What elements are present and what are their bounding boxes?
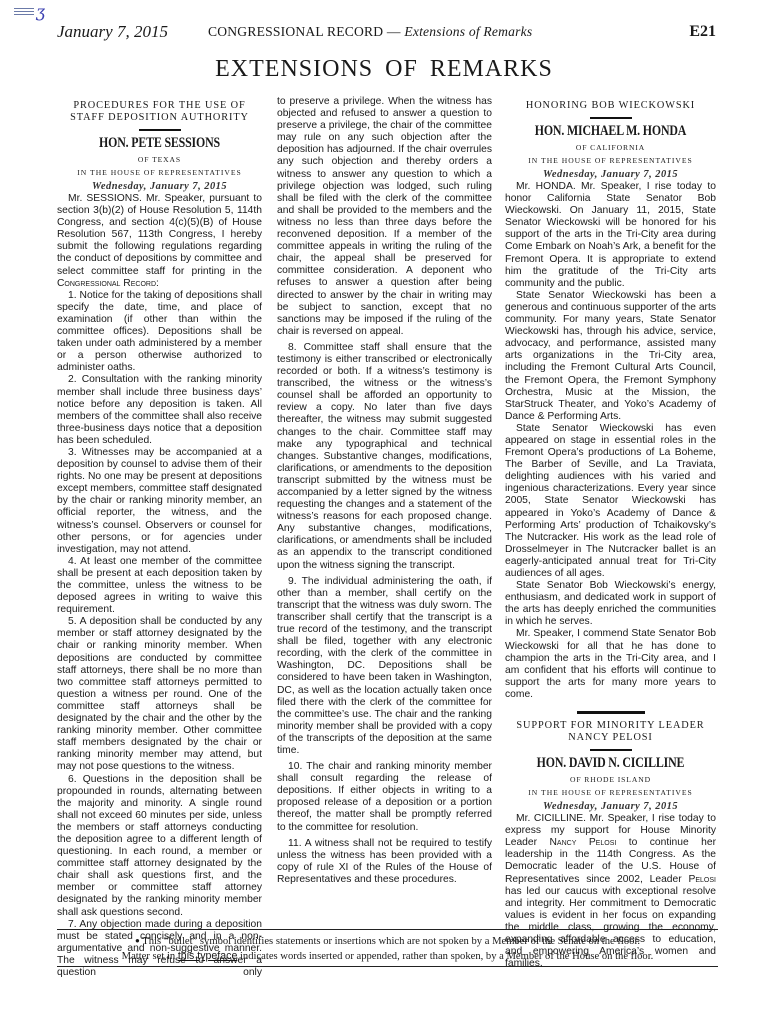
- paragraph: 10. The chair and ranking minority membe…: [277, 761, 492, 834]
- paragraph: to preserve a privilege. When the witnes…: [277, 96, 492, 338]
- column-3: HONORING BOB WIECKOWSKI HON. MICHAEL M. …: [505, 96, 716, 970]
- legend-line-typeface: Matter set in this typeface indicates wo…: [57, 949, 718, 964]
- section-name: Extensions of Remarks: [404, 24, 532, 39]
- chamber: IN THE HOUSE OF REPRESENTATIVES: [505, 155, 716, 166]
- member-name: Nancy Pelosi: [550, 837, 617, 848]
- speaker-state: OF RHODE ISLAND: [505, 774, 716, 785]
- chamber: IN THE HOUSE OF REPRESENTATIVES: [505, 787, 716, 798]
- remarks-date: Wednesday, January 7, 2015: [505, 800, 716, 813]
- footer-legend: ● This “bullet” symbol identifies statem…: [57, 929, 718, 967]
- paragraph: Mr. HONDA. Mr. Speaker, I rise today to …: [505, 181, 716, 290]
- paragraph: State Senator Bob Wieckowski’s energy, e…: [505, 580, 716, 628]
- article-title-line: PROCEDURES FOR THE USE OF: [57, 100, 262, 112]
- article-cicilline-header: SUPPORT FOR MINORITY LEADER NANCY PELOSI…: [505, 720, 716, 813]
- publication-name: CONGRESSIONAL RECORD: [208, 24, 383, 39]
- article-sessions-header: PROCEDURES FOR THE USE OF STAFF DEPOSITI…: [57, 100, 262, 193]
- article-end-rule: [577, 711, 645, 714]
- speaker-state: OF TEXAS: [57, 154, 262, 165]
- article-title: PROCEDURES FOR THE USE OF STAFF DEPOSITI…: [57, 100, 262, 124]
- gpo-logo-icon: ʒ: [14, 4, 48, 24]
- paragraph: 3. Witnesses may be accompanied at a dep…: [57, 447, 262, 556]
- running-head: January 7, 2015 CONGRESSIONAL RECORD — E…: [57, 22, 716, 44]
- paragraph: 8. Committee staff shall ensure that the…: [277, 342, 492, 572]
- column-2: to preserve a privilege. When the witnes…: [277, 96, 492, 886]
- paragraph: 2. Consultation with the ranking minorit…: [57, 374, 262, 447]
- legend-text: This “bullet” symbol identifies statemen…: [140, 936, 640, 947]
- publication-ref: Congressional Record: [57, 278, 156, 289]
- divider: [139, 129, 181, 131]
- text: :: [156, 278, 159, 289]
- paragraph: State Senator Wieckowski has been a gene…: [505, 290, 716, 423]
- paragraph: 5. A deposition shall be conducted by an…: [57, 616, 262, 773]
- article-title-line: HONORING BOB WIECKOWSKI: [505, 100, 716, 112]
- article-title-line: SUPPORT FOR MINORITY LEADER: [505, 720, 716, 732]
- publication-title: CONGRESSIONAL RECORD — Extensions of Rem…: [208, 24, 532, 40]
- text: Mr. SESSIONS. Mr. Speaker, pursuant to s…: [57, 193, 262, 277]
- article-honda-header: HONORING BOB WIECKOWSKI HON. MICHAEL M. …: [505, 100, 716, 181]
- remarks-date: Wednesday, January 7, 2015: [57, 180, 262, 193]
- speaker-state: OF CALIFORNIA: [505, 142, 716, 153]
- speaker-name: HON. PETE SESSIONS: [75, 135, 243, 152]
- article-title: HONORING BOB WIECKOWSKI: [505, 100, 716, 112]
- paragraph: Mr. Speaker, I commend State Senator Bob…: [505, 628, 716, 701]
- chamber: IN THE HOUSE OF REPRESENTATIVES: [57, 167, 262, 178]
- divider: [590, 117, 632, 119]
- article-title: SUPPORT FOR MINORITY LEADER NANCY PELOSI: [505, 720, 716, 744]
- paragraph: 4. At least one member of the committee …: [57, 556, 262, 616]
- paragraph: 9. The individual administering the oath…: [277, 576, 492, 757]
- divider: [590, 749, 632, 751]
- paragraph: 6. Questions in the deposition shall be …: [57, 774, 262, 919]
- paragraph: 1. Notice for the taking of depositions …: [57, 290, 262, 375]
- dash: —: [383, 24, 404, 39]
- speaker-name: HON. DAVID N. CICILLINE: [524, 755, 697, 772]
- remarks-date: Wednesday, January 7, 2015: [505, 168, 716, 181]
- legend-text: Matter set in: [122, 951, 178, 962]
- page-title: EXTENSIONS OF REMARKS: [0, 56, 768, 83]
- speaker-name: HON. MICHAEL M. HONDA: [524, 123, 697, 140]
- article-title-line: NANCY PELOSI: [505, 732, 716, 744]
- paragraph: State Senator Wieckowski has even appear…: [505, 423, 716, 580]
- paragraph: 11. A witness shall not be required to t…: [277, 838, 492, 886]
- legend-line-bullet: ● This “bullet” symbol identifies statem…: [57, 933, 718, 949]
- legend-text: indicates words inserted or appended, ra…: [237, 951, 653, 962]
- member-name: Pelosi: [689, 874, 717, 885]
- typeface-sample: this typeface: [178, 950, 237, 962]
- issue-date: January 7, 2015: [57, 22, 168, 42]
- column-1: PROCEDURES FOR THE USE OF STAFF DEPOSITI…: [57, 96, 262, 979]
- article-title-line: STAFF DEPOSITION AUTHORITY: [57, 112, 262, 124]
- paragraph: Mr. SESSIONS. Mr. Speaker, pursuant to s…: [57, 193, 262, 290]
- page-number: E21: [689, 23, 716, 41]
